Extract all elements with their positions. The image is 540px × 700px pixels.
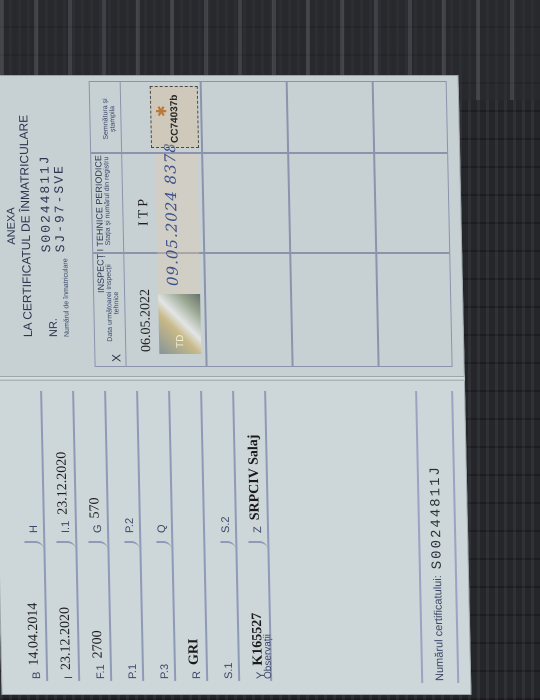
field-s1: S.1 [220, 541, 238, 681]
vehicle-fields: B14.04.2014 H I23.12.2020 I.123.12.2020 … [13, 391, 275, 681]
nr-sub-label: Numărul de înmatriculare [62, 258, 72, 337]
certificate-number-label: Numărul certificatului: [432, 575, 446, 681]
field-f1: F.12700 [88, 541, 110, 681]
right-page: ANEXA LA CERTIFICATUL DE ÎNMATRICULARE N… [0, 75, 465, 377]
certificate-number: S00244811J [428, 465, 446, 569]
field-row: RGRI [173, 391, 208, 681]
field-b: B14.04.2014 [24, 541, 46, 681]
annex-header: ANEXA LA CERTIFICATUL DE ÎNMATRICULARE [3, 75, 36, 377]
column-signature: Semnătura și ștampila [102, 86, 117, 152]
field-s2: S.2 [217, 397, 235, 535]
next-inspection-date: 06.05.2022 [138, 289, 155, 352]
inspection-table: INSPECȚII TEHNICE PERIODICE X Data următ… [89, 81, 453, 367]
certificate-number-line: Numărul certificatului: S00244811J [415, 391, 459, 683]
field-row: I23.12.2020 I.123.12.2020 [45, 391, 80, 681]
column-station: Stația și numărul din registru [103, 156, 112, 246]
field-q: Q [153, 397, 171, 535]
registration-plate-number: SJ-97-SVE [52, 154, 68, 252]
field-p2: P.2 [121, 397, 139, 535]
observations-label: Observații [262, 634, 274, 679]
stamp-code: CC74037b [169, 95, 181, 143]
field-r: RGRI [181, 397, 206, 681]
nr-label: NR. [47, 266, 60, 337]
registration-annex-document: B14.04.2014 H I23.12.2020 I.123.12.2020 … [0, 75, 471, 695]
hologram-text: TD [175, 335, 186, 348]
column-next-date: Data următoarei inspecții tehnice [105, 258, 121, 348]
table-divider [372, 82, 379, 366]
field-i1: I.123.12.2020 [53, 397, 75, 535]
left-page: B14.04.2014 H I23.12.2020 I.123.12.2020 … [0, 379, 471, 695]
field-p1: P.1 [124, 541, 142, 681]
table-divider [93, 253, 449, 255]
field-row: P.3 Q [141, 391, 176, 681]
table-divider [200, 82, 207, 366]
field-z: ZSRPCIV Salaj [245, 397, 267, 535]
field-row: P.1 P.2 [109, 391, 144, 681]
registration-block: NR. Numărul de înmatriculare S00244811J … [38, 154, 72, 337]
field-row: B14.04.2014 H [13, 391, 48, 681]
inspection-table-header: INSPECȚII TEHNICE PERIODICE X Data următ… [90, 82, 127, 366]
inspection-station: ITP [136, 196, 153, 226]
x-mark: X [109, 354, 123, 362]
field-i: I23.12.2020 [56, 541, 78, 681]
field-h: H [25, 397, 43, 535]
field-p3: P.3 [156, 541, 174, 681]
field-row: F.12700 G570 [77, 391, 112, 681]
inspection-stamp: ✱ CC74037b [150, 86, 199, 148]
table-divider [286, 82, 293, 366]
field-g: G570 [85, 397, 107, 535]
table-divider [91, 153, 447, 155]
field-row: S.1 S.2 [205, 391, 240, 681]
handwritten-note: 09.05.2024 8378 [161, 142, 182, 286]
stamp-star-icon: ✱ [153, 105, 170, 117]
